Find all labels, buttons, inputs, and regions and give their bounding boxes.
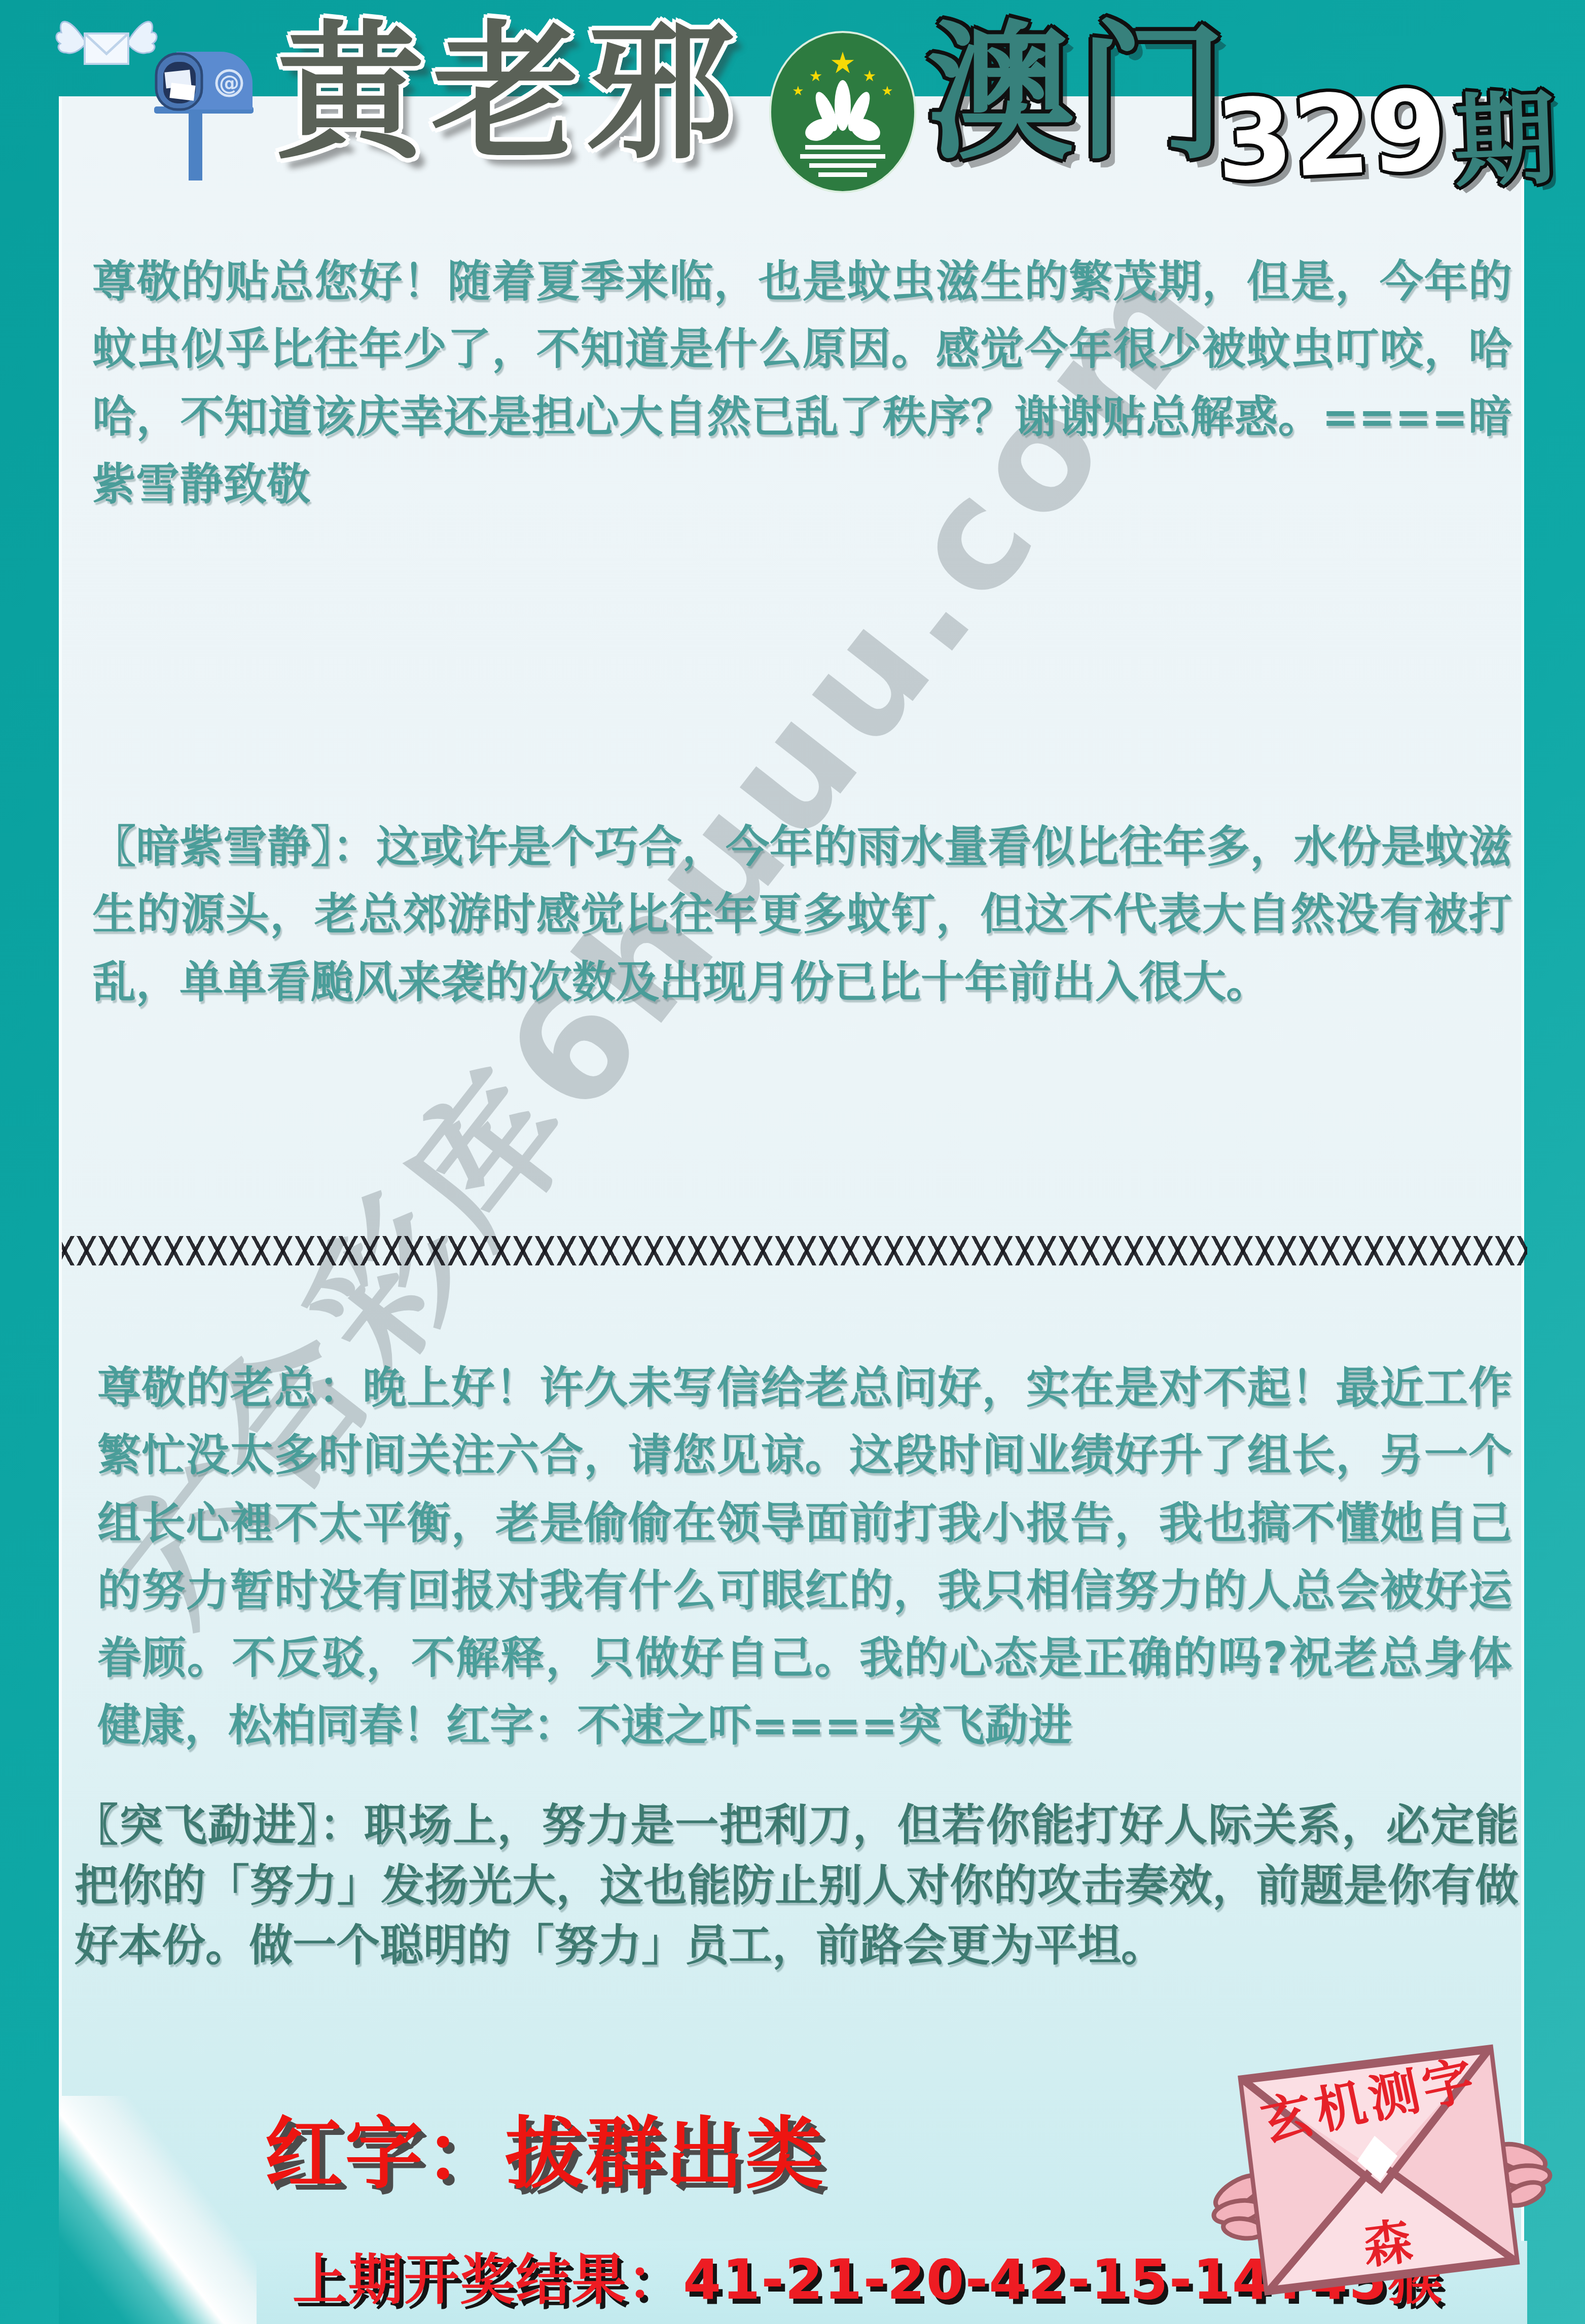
svg-text:@: @ <box>219 72 239 95</box>
letter-page: 六合彩库6huuu.com 尊敬的贴总您好！随着夏季来临，也是蚊虫滋生的繁茂期，… <box>59 96 1524 2324</box>
issue-number: 329 <box>1213 75 1450 198</box>
macau-lotus-emblem-icon: ★ ★ ★ ★ ★ <box>767 29 919 197</box>
site-logo-region: 澳门 <box>927 19 1229 167</box>
red-word-hint: 红字：拔群出类 <box>265 2108 825 2202</box>
envelope-seal-text: 森 <box>1360 2213 1416 2275</box>
page-root: { "header": { "site_name": "黄老邪", "regio… <box>0 0 1585 2324</box>
svg-text:★: ★ <box>830 46 856 80</box>
site-logo-title: 黄老邪 <box>276 19 742 167</box>
reply2-text: 〖突飞勐进〗：职场上，努力是一把利刀，但若你能打好人际关系，必定能把你的「努力」… <box>75 1796 1519 1976</box>
winged-pink-envelope-icon: 玄机测字 森 <box>1205 2034 1555 2324</box>
page-curl-decoration <box>59 2096 257 2324</box>
letter2-text: 尊敬的老总：晚上好！许久未写信给老总问好，实在是对不起！最近工作繁忙没太多时间关… <box>97 1355 1512 1760</box>
svg-text:★: ★ <box>809 67 823 85</box>
letter1-text: 尊敬的贴总您好！随着夏季来临，也是蚊虫滋生的繁茂期，但是，今年的蚊虫似乎比往年少… <box>92 248 1512 519</box>
svg-text:★: ★ <box>863 67 877 85</box>
lattice-divider <box>62 1236 1527 1265</box>
svg-text:★: ★ <box>881 84 893 99</box>
svg-text:★: ★ <box>792 84 804 99</box>
mailbox-icon: @ <box>128 30 260 185</box>
issue-badge: 329 期 <box>1216 81 1555 192</box>
reply1-text: 〖暗紫雪静〗：这或许是个巧合，今年的雨水量看似比往年多，水份是蚊滋生的源头，老总… <box>92 814 1512 1016</box>
mystery-envelope: 玄机测字 森 <box>1205 2034 1555 2324</box>
issue-unit: 期 <box>1452 89 1557 194</box>
